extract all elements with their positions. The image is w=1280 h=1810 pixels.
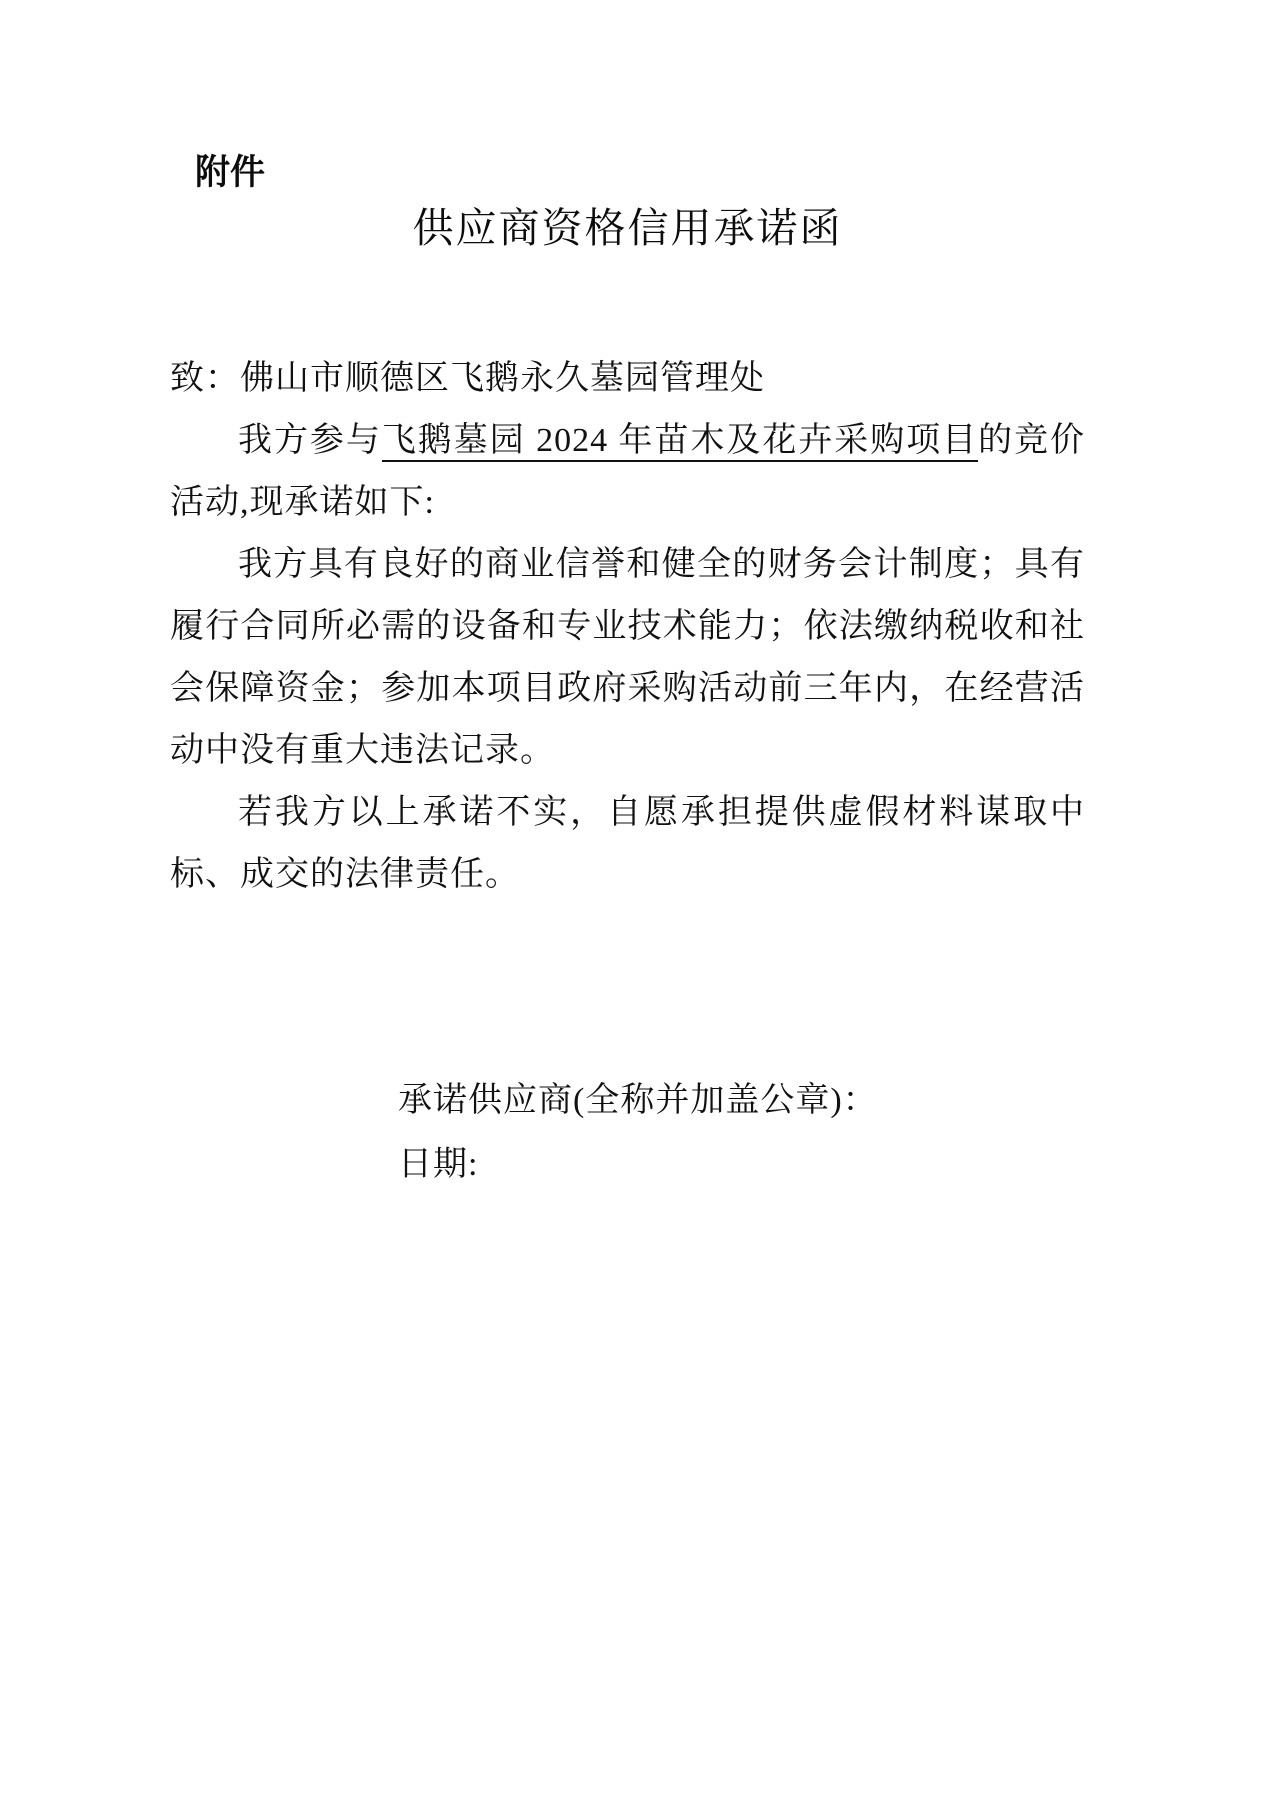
salutation-line: 致：佛山市顺德区飞鹅永久墓园管理处	[170, 348, 1085, 410]
signature-block: 承诺供应商(全称并加盖公章)： 日期:	[398, 1069, 1085, 1197]
document-title: 供应商资格信用承诺函	[170, 202, 1085, 254]
attachment-label: 附件	[195, 150, 1085, 196]
supplier-signature-line: 承诺供应商(全称并加盖公章)：	[398, 1069, 1085, 1133]
commitment-paragraph: 我方具有良好的商业信誉和健全的财务会计制度；具有履行合同所必需的设备和专业技术能…	[170, 534, 1085, 782]
date-line: 日期:	[398, 1133, 1085, 1197]
participation-paragraph: 我方参与飞鹅墓园 2024 年苗木及花卉采购项目的竞价活动,现承诺如下:	[170, 410, 1085, 534]
letter-body: 致：佛山市顺德区飞鹅永久墓园管理处 我方参与飞鹅墓园 2024 年苗木及花卉采购…	[170, 348, 1085, 906]
liability-paragraph: 若我方以上承诺不实，自愿承担提供虚假材料谋取中标、成交的法律责任。	[170, 782, 1085, 906]
document-page: 附件 供应商资格信用承诺函 致：佛山市顺德区飞鹅永久墓园管理处 我方参与飞鹅墓园…	[0, 0, 1280, 1810]
project-name-underlined: 飞鹅墓园 2024 年苗木及花卉采购项目	[382, 422, 978, 462]
participation-prefix: 我方参与	[238, 422, 382, 459]
